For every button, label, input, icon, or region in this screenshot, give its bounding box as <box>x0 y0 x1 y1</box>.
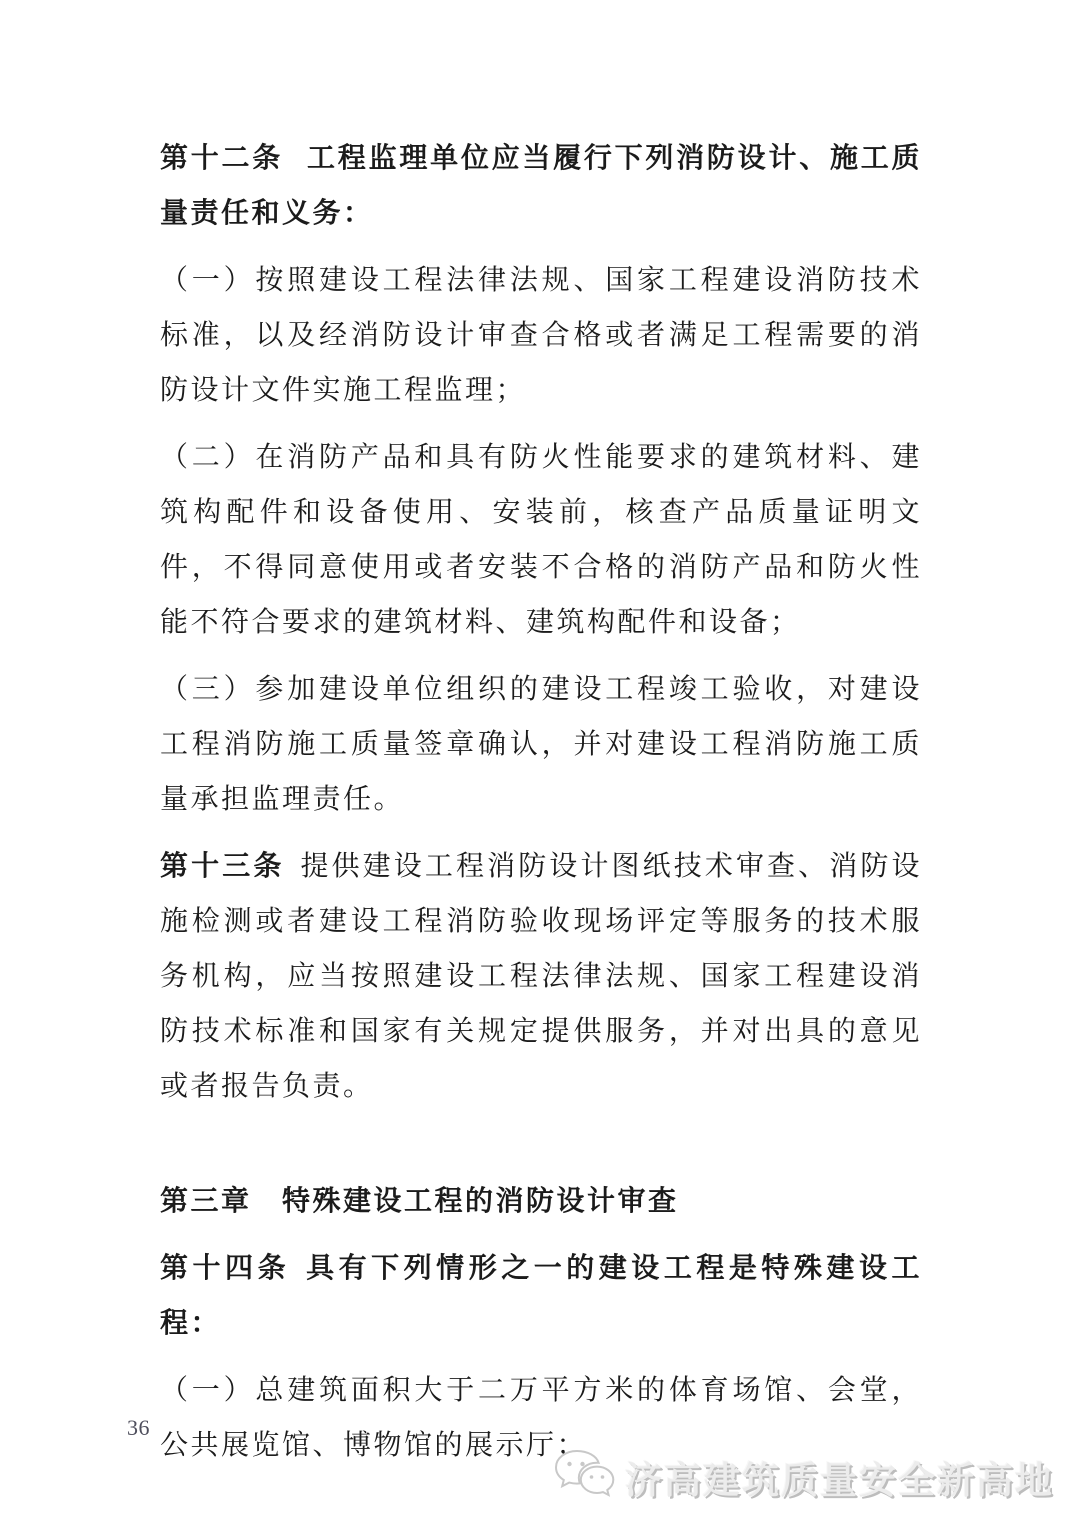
document-body: 第十二条工程监理单位应当履行下列消防设计、施工质量责任和义务： （一）按照建设工… <box>160 131 922 1485</box>
article-14-number: 第十四条 <box>160 1253 290 1284</box>
article-13-body-text: 提供建设工程消防设计图纸技术审查、消防设施检测或者建设工程消防验收现场评定等服务… <box>160 851 922 1102</box>
article-12-number: 第十二条 <box>160 143 283 174</box>
article-12-heading: 第十二条工程监理单位应当履行下列消防设计、施工质量责任和义务： <box>160 131 922 241</box>
article-12-item-2: （二）在消防产品和具有防火性能要求的建筑材料、建筑构配件和设备使用、安装前，核查… <box>160 430 922 650</box>
document-page: 第十二条工程监理单位应当履行下列消防设计、施工质量责任和义务： （一）按照建设工… <box>0 0 1080 1527</box>
wechat-icon <box>553 1448 615 1505</box>
article-14-heading: 第十四条具有下列情形之一的建设工程是特殊建设工程： <box>160 1241 922 1351</box>
watermark: 济高建筑质量安全新高地 <box>553 1448 1054 1505</box>
article-13-paragraph: 第十三条提供建设工程消防设计图纸技术审查、消防设施检测或者建设工程消防验收现场评… <box>160 839 922 1114</box>
watermark-text: 济高建筑质量安全新高地 <box>625 1450 1054 1504</box>
chapter-3-heading: 第三章 特殊建设工程的消防设计审查 <box>160 1174 922 1229</box>
article-12-item-1: （一）按照建设工程法律法规、国家工程建设消防技术标准，以及经消防设计审查合格或者… <box>160 253 922 418</box>
article-12-item-3: （三）参加建设单位组织的建设工程竣工验收，对建设工程消防施工质量签章确认，并对建… <box>160 662 922 827</box>
page-number: 36 <box>127 1414 150 1442</box>
article-13-number: 第十三条 <box>160 851 284 882</box>
